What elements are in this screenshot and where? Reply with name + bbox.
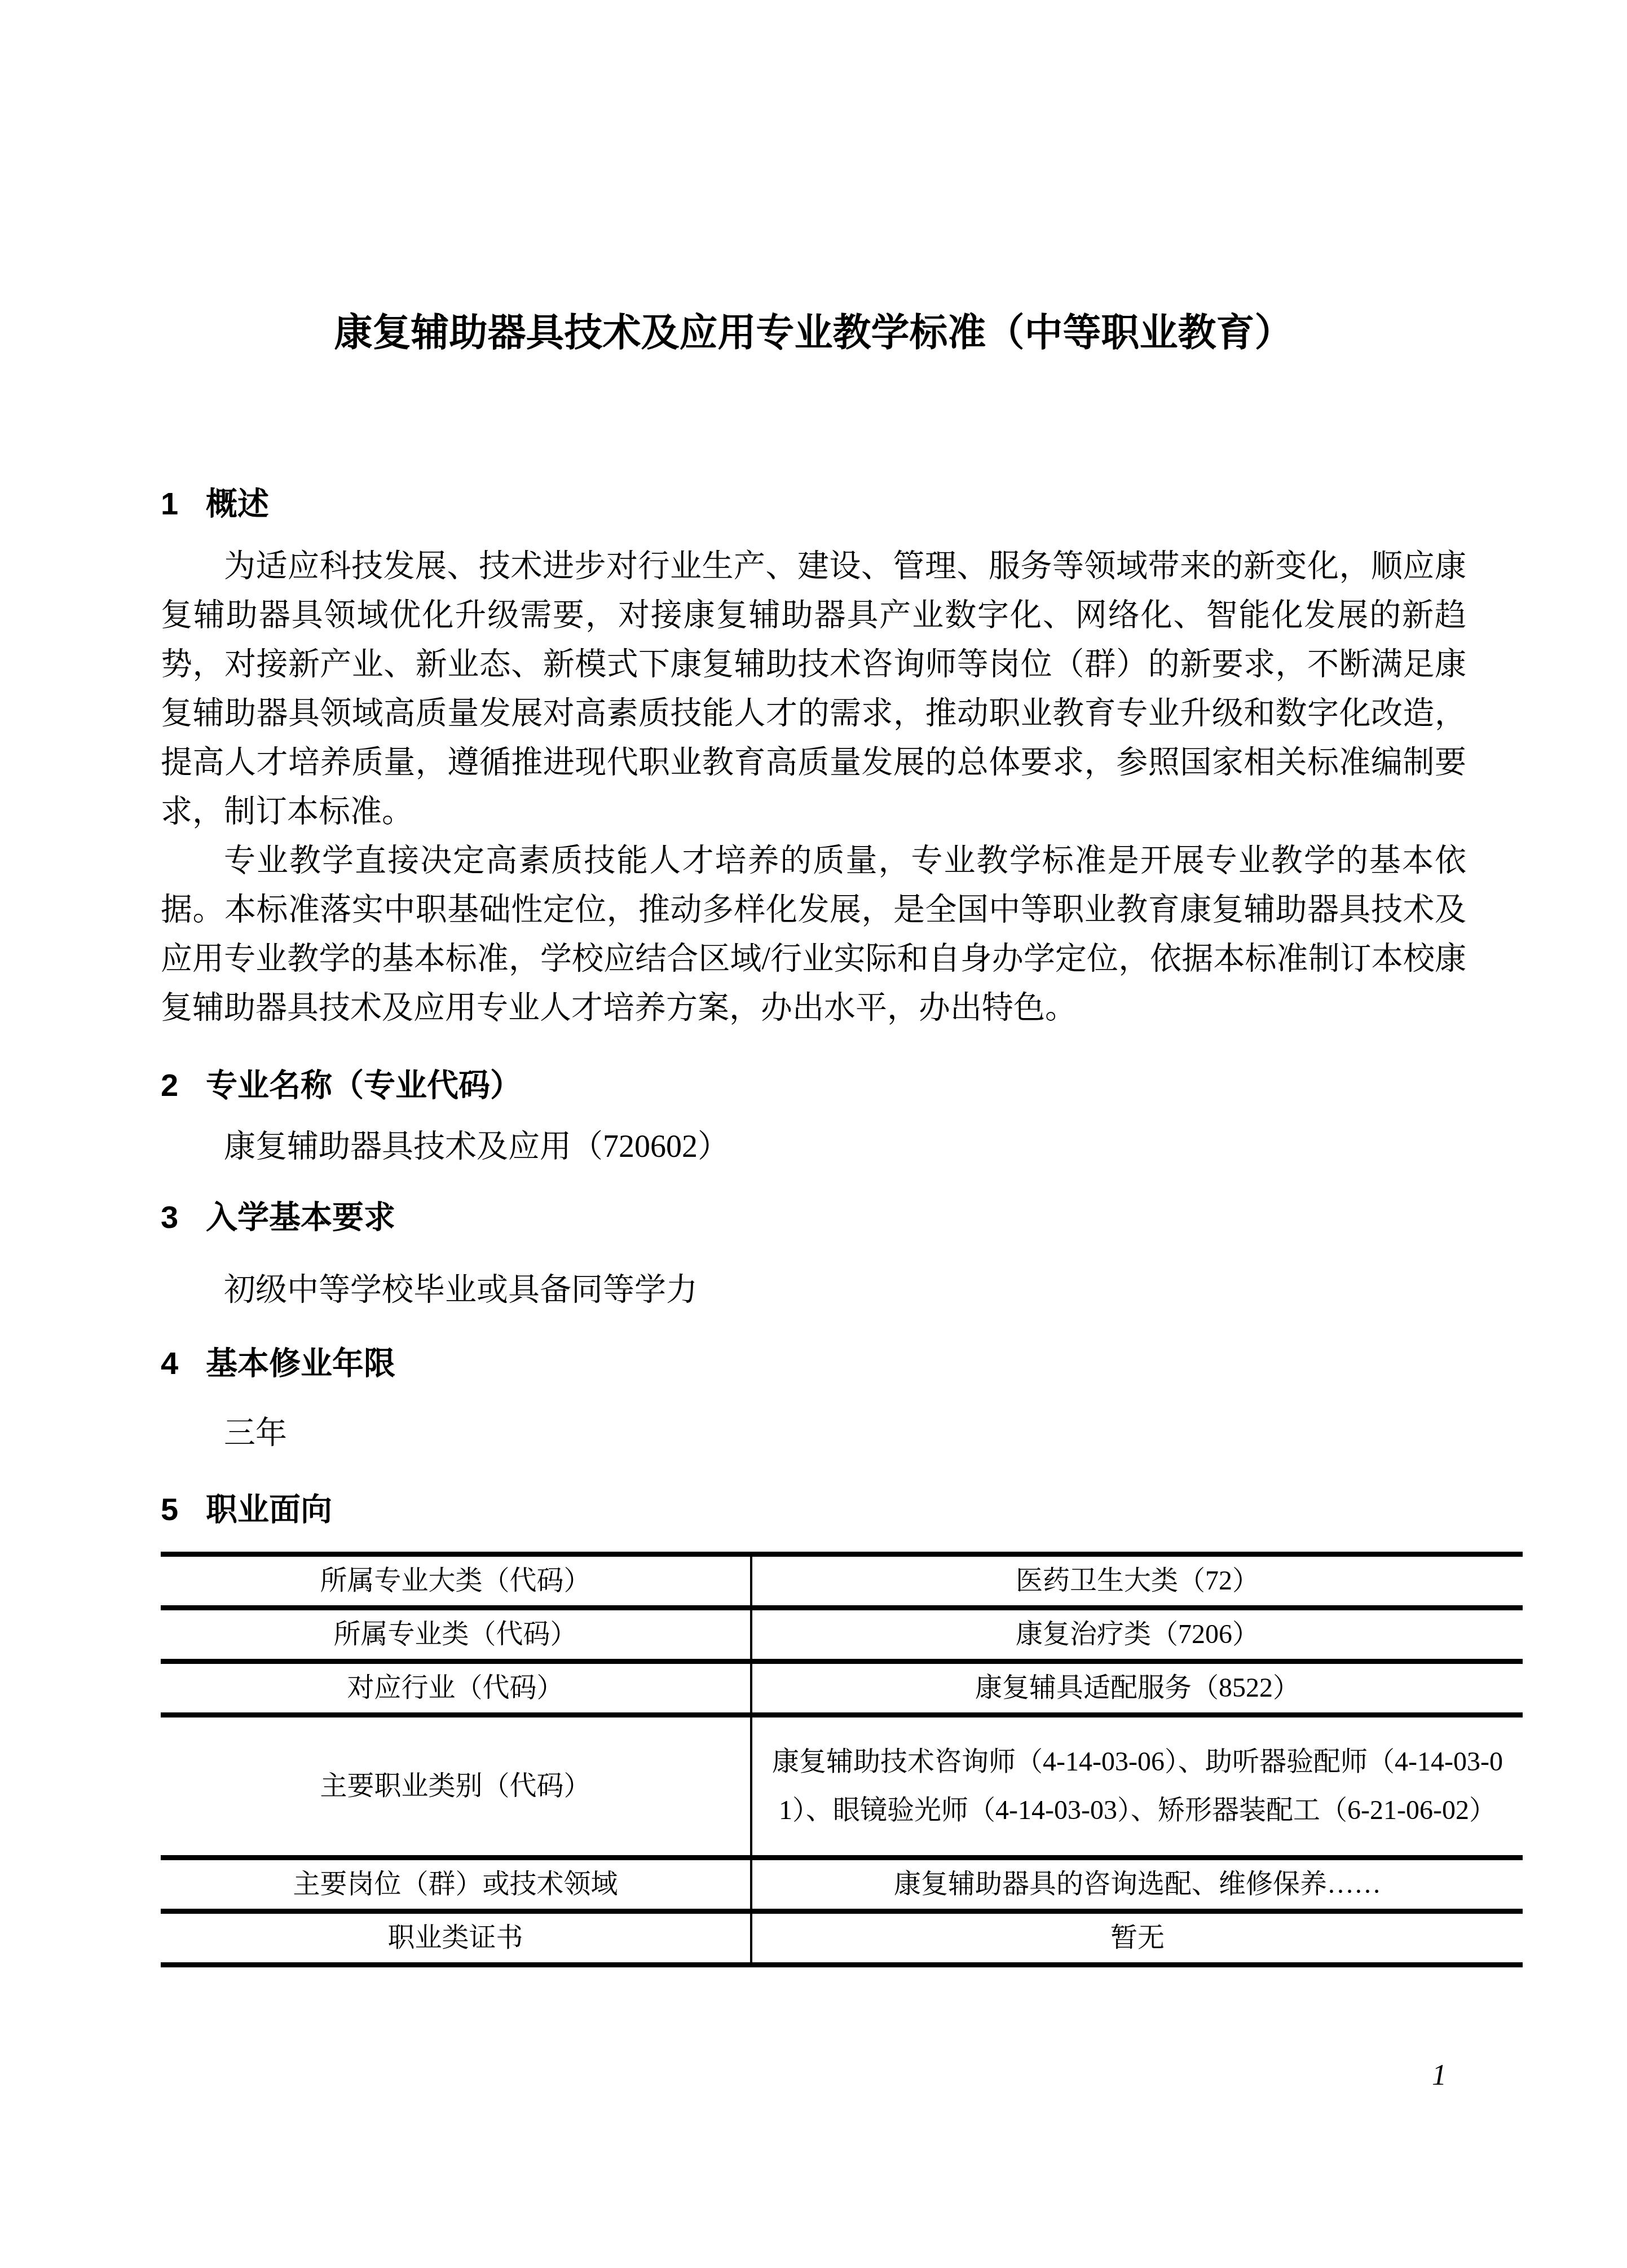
row-label-cell: 所属专业类（代码）	[161, 1608, 751, 1662]
entry-requirement-content: 初级中等学校毕业或具备同等学力	[161, 1266, 1466, 1315]
row-label-cell: 主要职业类别（代码）	[161, 1715, 751, 1858]
section-number: 5	[161, 1490, 206, 1529]
career-orientation-table: 所属专业大类（代码） 医药卫生大类（72） 所属专业类（代码） 康复治疗类（72…	[161, 1552, 1523, 1967]
section-number: 2	[161, 1065, 206, 1105]
table-row: 主要职业类别（代码） 康复辅助技术咨询师（4-14-03-06）、助听器验配师（…	[161, 1715, 1523, 1858]
section-title: 入学基本要求	[206, 1197, 395, 1237]
row-value-cell: 康复辅助器具的咨询选配、维修保养……	[751, 1858, 1523, 1912]
table-row: 对应行业（代码） 康复辅具适配服务（8522）	[161, 1662, 1523, 1715]
row-label-cell: 所属专业大类（代码）	[161, 1554, 751, 1608]
section-title: 概述	[206, 484, 269, 523]
row-value-cell: 康复辅具适配服务（8522）	[751, 1662, 1523, 1715]
section-heading-career-orientation: 5 职业面向	[161, 1490, 1466, 1529]
section-number: 3	[161, 1197, 206, 1237]
row-label-cell: 主要岗位（群）或技术领域	[161, 1858, 751, 1912]
section-number: 1	[161, 484, 206, 523]
row-value-cell: 医药卫生大类（72）	[751, 1554, 1523, 1608]
overview-paragraph-2: 专业教学直接决定高素质技能人才培养的质量，专业教学标准是开展专业教学的基本依据。…	[161, 836, 1466, 1033]
section-number: 4	[161, 1344, 206, 1383]
row-label-cell: 职业类证书	[161, 1912, 751, 1965]
section-title: 职业面向	[206, 1490, 332, 1529]
table-row: 职业类证书 暂无	[161, 1912, 1523, 1965]
major-name-content: 康复辅助器具技术及应用（720602）	[161, 1122, 1466, 1172]
row-label-cell: 对应行业（代码）	[161, 1662, 751, 1715]
section-title: 基本修业年限	[206, 1344, 395, 1383]
document-page: 康复辅助器具技术及应用专业教学标准（中等职业教育） 1 概述 为适应科技发展、技…	[0, 0, 1627, 2268]
document-content: 康复辅助器具技术及应用专业教学标准（中等职业教育） 1 概述 为适应科技发展、技…	[161, 0, 1466, 1967]
document-title: 康复辅助器具技术及应用专业教学标准（中等职业教育）	[161, 310, 1466, 355]
overview-paragraph-1: 为适应科技发展、技术进步对行业生产、建设、管理、服务等领域带来的新变化，顺应康复…	[161, 542, 1466, 836]
page-number: 1	[1432, 2059, 1447, 2092]
section-title: 专业名称（专业代码）	[206, 1065, 522, 1105]
table-row: 主要岗位（群）或技术领域 康复辅助器具的咨询选配、维修保养……	[161, 1858, 1523, 1912]
section-heading-overview: 1 概述	[161, 484, 1466, 523]
row-value-cell: 暂无	[751, 1912, 1523, 1965]
study-years-content: 三年	[161, 1409, 1466, 1458]
section-heading-major-name: 2 专业名称（专业代码）	[161, 1065, 1466, 1105]
table-row: 所属专业类（代码） 康复治疗类（7206）	[161, 1608, 1523, 1662]
table-row: 所属专业大类（代码） 医药卫生大类（72）	[161, 1554, 1523, 1608]
section-heading-study-years: 4 基本修业年限	[161, 1344, 1466, 1383]
row-value-cell: 康复治疗类（7206）	[751, 1608, 1523, 1662]
section-heading-entry-requirement: 3 入学基本要求	[161, 1197, 1466, 1237]
row-value-cell: 康复辅助技术咨询师（4-14-03-06）、助听器验配师（4-14-03-01）…	[751, 1715, 1523, 1858]
